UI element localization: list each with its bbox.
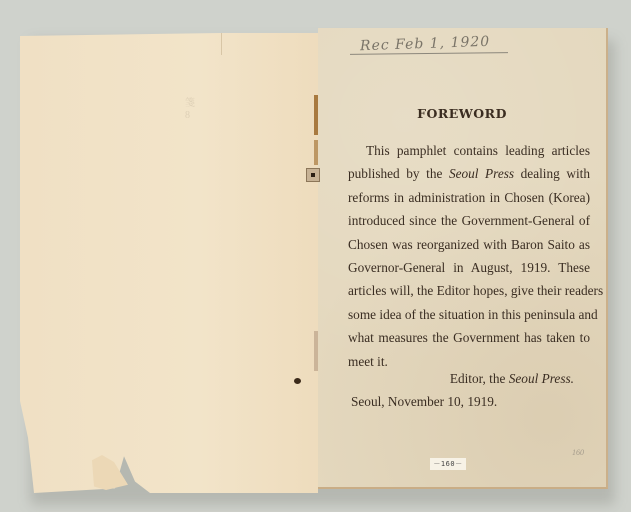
body-line: Governor-General in August, 1919. These	[348, 256, 590, 279]
foreword-body: This pamphlet contains leading articles …	[348, 139, 590, 373]
page-title: FOREWORD	[318, 106, 606, 121]
dateline: Seoul, November 10, 1919.	[351, 394, 497, 410]
body-line: reforms in administration in Chosen (Kor…	[348, 186, 590, 209]
handwritten-received-note: Rec Feb 1, 1920	[360, 34, 491, 55]
left-page-crease	[221, 33, 222, 55]
body-line: This pamphlet contains leading articles	[348, 139, 590, 162]
left-page	[20, 33, 318, 493]
body-line: what measures the Government has taken t…	[348, 326, 590, 349]
binding-gutter	[314, 95, 318, 395]
right-page: Rec Feb 1, 1920 FOREWORD This pamphlet c…	[318, 28, 608, 489]
body-line: Chosen was reorganized with Baron Saito …	[348, 233, 590, 256]
body-line: meet it.	[348, 350, 590, 373]
page-number-label: －160－	[430, 458, 466, 470]
body-line: published by the Seoul Press dealing wit…	[348, 162, 590, 185]
ink-spot	[294, 378, 301, 384]
publication-name: Seoul Press	[449, 166, 514, 181]
left-page-faint-marks: 箋 8	[185, 98, 199, 138]
staple-hole	[306, 168, 320, 182]
pencil-page-number: 160	[572, 448, 584, 457]
body-line: introduced since the Government-General …	[348, 209, 590, 232]
editor-signature: Editor, the Seoul Press.	[318, 371, 574, 387]
body-line: some idea of the situation in this penin…	[348, 303, 590, 326]
body-line: articles will, the Editor hopes, give th…	[348, 279, 590, 302]
